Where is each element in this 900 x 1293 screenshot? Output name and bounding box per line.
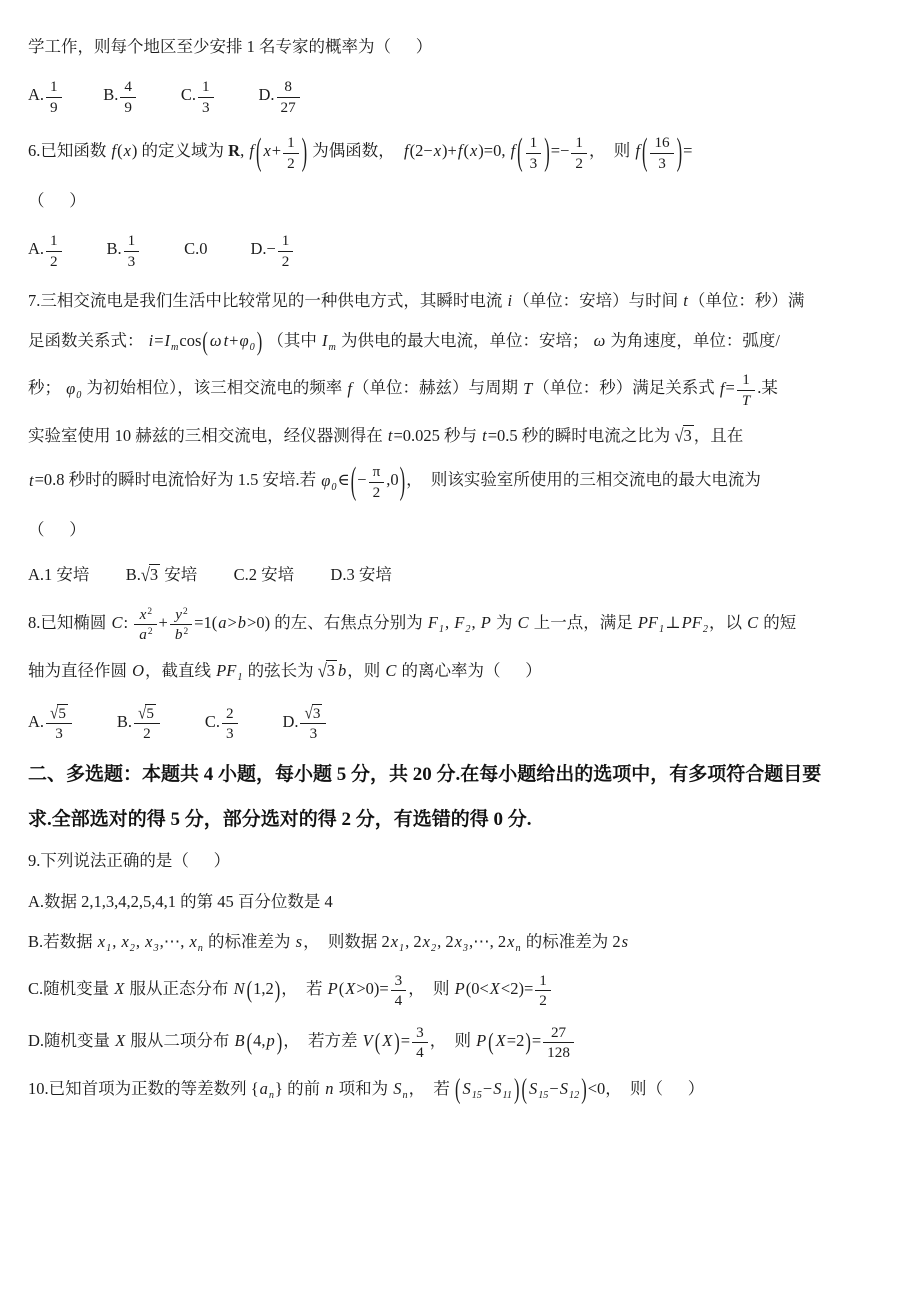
stretched-paren: ) [277, 1021, 283, 1062]
superscript: 2 [147, 607, 152, 617]
text-segment: = [683, 141, 692, 160]
math-variable: x [422, 932, 431, 951]
subscript: 12 [569, 1090, 580, 1101]
math-variable: P [480, 613, 492, 632]
text-segment: ⊥ [665, 613, 681, 632]
radicand: 3 [683, 425, 694, 445]
subscript: m [328, 342, 336, 353]
text-segment: 3 [202, 99, 210, 116]
text-segment: 服从二项分布 [126, 1031, 233, 1050]
fraction-denominator: 3 [222, 724, 238, 742]
text-segment: (2− [410, 141, 433, 160]
q5-options: A.19B.49C.13D.827 [28, 77, 870, 116]
math-variable: F [427, 613, 439, 632]
stretched-paren: ) [514, 1066, 520, 1112]
math-variable: C [111, 613, 124, 632]
q7-line1: 7.三相交流电是我们生活中比较常见的一种供电方式，其瞬时电流 i（单位：安培）与… [28, 287, 870, 314]
fraction-numerator: 2 [222, 704, 238, 724]
math-variable: C [384, 661, 397, 680]
fraction-numerator: 1 [46, 77, 62, 97]
fraction-denominator: a2 [134, 625, 156, 643]
math-variable: T [522, 379, 533, 398]
math-variable: V [362, 1031, 374, 1050]
math-variable: a [217, 613, 227, 632]
text-segment: 轴为直径作圆 [28, 661, 131, 680]
math-variable: p [265, 1031, 275, 1050]
stretched-paren: ( [488, 1021, 494, 1062]
stretched-paren: ( [455, 1066, 461, 1112]
text-segment: ， 则 [430, 1031, 475, 1050]
text-segment: 2 [373, 484, 381, 501]
q7-line3: 秒； φ0 为初始相位），该三相交流电的频率 f（单位：赫兹）与周期 T（单位：… [28, 370, 870, 409]
stretched-paren: ( [642, 120, 648, 183]
fraction-numerator: x2 [134, 605, 156, 625]
stretched-paren: ( [521, 1066, 527, 1112]
math-variable: X [114, 1031, 126, 1050]
stretched-paren: ( [517, 120, 523, 183]
subscript: 15 [472, 1090, 483, 1101]
text-segment: 1 [282, 232, 290, 249]
text-segment: ， 若 [409, 1079, 454, 1098]
math-variable: PF [637, 613, 659, 632]
math-variable: ω [209, 331, 223, 350]
stretched-paren: ( [247, 1021, 253, 1062]
fraction: 12 [278, 231, 294, 270]
text-segment: 2 [226, 705, 234, 722]
text-segment: A. [28, 239, 44, 258]
fraction: 12 [535, 971, 551, 1010]
math-variable: f [719, 379, 726, 398]
q6-stem: 6.已知函数 f(x) 的定义域为 R, f(x+12) 为偶函数， f(2−x… [28, 133, 870, 172]
text-segment: 4 [395, 992, 403, 1009]
text-segment: 实验室使用 10 赫兹的三相交流电，经仪器测得在 [28, 426, 387, 445]
math-variable: ω [593, 331, 607, 350]
section2-header-line1: 二、多选题：本题共 4 小题，每小题 5 分，共 20 分.在每小题给出的选项中… [28, 760, 870, 789]
math-variable: N [233, 979, 246, 998]
fraction: 13 [526, 133, 542, 172]
fraction: 27128 [543, 1023, 574, 1062]
math-variable: F [453, 613, 465, 632]
text-segment: − [483, 1079, 492, 1098]
fraction-denominator: 4 [412, 1043, 428, 1061]
text-segment: 10.已知首项为正数的等差数列 { [28, 1079, 259, 1098]
text-segment: 2 [50, 253, 58, 270]
fraction-denominator: b2 [170, 625, 192, 643]
math-variable: b [337, 661, 347, 680]
q10-stem: 10.已知首项为正数的等差数列 {an} 的前 n 项和为 Sn， 若 (S15… [28, 1075, 870, 1105]
math-variable: S [492, 1079, 502, 1098]
fraction-numerator: 27 [543, 1023, 574, 1043]
text-segment: 的弦长为 [243, 661, 317, 680]
math-variable: S [559, 1079, 569, 1098]
text-segment: )+ [442, 141, 457, 160]
text-segment: 安培 [160, 565, 197, 584]
text-segment: ) 的定义域为 [132, 141, 228, 160]
text-segment: 27 [281, 99, 296, 116]
text-segment: , [136, 932, 144, 951]
text-segment: 6.已知函数 [28, 141, 111, 160]
radical-sign-icon: √ [674, 420, 683, 451]
text-segment: ,⋯, 2 [469, 932, 506, 951]
text-segment: 4, [253, 1031, 265, 1050]
stretched-paren: ) [544, 120, 550, 183]
math-variable: S [392, 1079, 402, 1098]
math-variable: X [381, 1031, 393, 1050]
math-variable: x [454, 932, 463, 951]
superscript: 2 [148, 627, 153, 637]
text-segment: 3 [128, 253, 136, 270]
text-segment: A.数据 2,1,3,4,2,5,4,1 的第 45 百分位数是 4 [28, 892, 333, 911]
math-variable: f [403, 141, 410, 160]
fraction: 12 [46, 231, 62, 270]
text-segment: =2 [507, 1031, 525, 1050]
text-segment: 1 [539, 972, 547, 989]
math-variable: C [517, 613, 530, 632]
text-segment: （ ） [28, 520, 86, 539]
math-variable: C [746, 613, 759, 632]
text-segment: 2 [282, 253, 290, 270]
fraction: 13 [198, 77, 214, 116]
fraction-numerator: 1 [124, 231, 140, 251]
text-segment: ，则 [347, 661, 384, 680]
text-segment: B.若数据 [28, 932, 97, 951]
text-segment: , 2 [405, 932, 422, 951]
math-variable: φ [238, 331, 249, 350]
math-variable: x [433, 141, 442, 160]
text-segment: （ ） [28, 191, 86, 210]
stretched-paren: ( [202, 320, 208, 364]
text-segment: 3 [684, 426, 692, 445]
fraction-denominator: 2 [283, 154, 299, 172]
stretched-paren: ) [275, 969, 281, 1010]
text-segment: D. [282, 712, 298, 731]
text-segment: ( [117, 141, 123, 160]
text-segment: B. [117, 712, 132, 731]
math-variable: I [164, 331, 172, 350]
fraction: 827 [277, 77, 300, 116]
fraction-denominator: 2 [278, 252, 294, 270]
fraction: 1T [737, 370, 755, 409]
text-segment: B. [126, 565, 141, 584]
text-segment: B. [107, 239, 122, 258]
fraction: √33 [300, 704, 326, 743]
q7-options: A.1 安培B.√3 安培C.2 安培D.3 安培 [28, 561, 870, 588]
text-segment: 的标准差为 2 [522, 932, 621, 951]
fraction-numerator: √5 [134, 704, 160, 724]
stretched-paren: ) [525, 1021, 531, 1062]
text-segment: 为角速度，单位：弧度/ [606, 331, 780, 350]
text-segment: 9 [124, 99, 132, 116]
text-segment: 5 [58, 705, 66, 722]
fraction-denominator: 128 [543, 1043, 574, 1061]
fraction-numerator: 1 [526, 133, 542, 153]
math-variable: b [237, 613, 247, 632]
stretched-paren: ( [256, 120, 262, 183]
text-segment: B. [103, 85, 118, 104]
fraction-numerator: 3 [391, 971, 407, 991]
square-root: √3 [141, 565, 160, 584]
text-segment: <0， 则（ ） [588, 1079, 705, 1098]
fraction: 49 [120, 77, 136, 116]
text-segment: > [227, 613, 236, 632]
text-segment: =0.025 秒与 [393, 426, 481, 445]
fraction: π2 [369, 462, 385, 501]
text-segment: .某 [757, 379, 778, 398]
fraction-denominator: 3 [650, 154, 673, 172]
fraction-denominator: T [737, 391, 755, 409]
math-variable: PF [681, 613, 703, 632]
text-segment: 为 [492, 613, 517, 632]
q8-line2: 轴为直径作圆 O，截直线 PF1 的弦长为 √3b，则 C 的离心率为（ ） [28, 657, 870, 687]
text-segment: （单位：秒）满 [689, 291, 805, 310]
text-segment: （单位：安培）与时间 [513, 291, 682, 310]
text-segment: 3 [530, 155, 538, 172]
bold-text-segment: R [228, 141, 240, 160]
text-segment: 服从正态分布 [125, 979, 232, 998]
math-variable: f [510, 141, 517, 160]
text-segment: ， 若 [281, 979, 326, 998]
text-segment: A. [28, 712, 44, 731]
text-segment: =0.8 秒时的瞬时电流恰好为 1.5 安培.若 [35, 471, 321, 490]
text-segment: = [532, 1031, 541, 1050]
text-segment: )=0, [478, 141, 509, 160]
text-segment: 1 [530, 134, 538, 151]
math-variable: t [481, 426, 488, 445]
text-segment: C.随机变量 [28, 979, 113, 998]
math-variable: S [528, 1079, 538, 1098]
fraction: 163 [650, 133, 673, 172]
text-segment: = [154, 331, 163, 350]
fraction-numerator: 16 [650, 133, 673, 153]
text-segment: 8.已知椭圆 [28, 613, 111, 632]
radical-sign-icon: √ [304, 703, 312, 723]
text-segment: ， 若方差 [283, 1031, 361, 1050]
q8-line1: 8.已知椭圆 C: x2a2+y2b2=1(a>b>0) 的左、右焦点分别为 F… [28, 605, 870, 644]
bold-text-segment: 二、多选题：本题共 4 小题，每小题 5 分，共 20 分.在每小题给出的选项中… [28, 764, 821, 785]
text-segment: 3 [327, 661, 335, 680]
fraction-denominator: 2 [571, 154, 587, 172]
math-variable: s [295, 932, 303, 951]
text-segment: 4 [124, 78, 132, 95]
math-variable: PF [215, 661, 237, 680]
radicand: 3 [326, 660, 337, 680]
stretched-paren: ) [302, 120, 308, 183]
fraction-denominator: 3 [198, 98, 214, 116]
math-variable: P [327, 979, 339, 998]
math-variable: P [454, 979, 466, 998]
text-segment: 为供电的最大电流，单位：安培； [337, 331, 593, 350]
fraction-denominator: 3 [46, 724, 72, 742]
text-segment: 2 [539, 992, 547, 1009]
math-variable: x [120, 932, 129, 951]
text-segment: − [357, 471, 366, 490]
q7-answer-paren: （ ） [28, 516, 870, 543]
text-segment: 5 [146, 705, 154, 722]
text-segment: ， 则 [589, 141, 634, 160]
math-variable: P [475, 1031, 487, 1050]
document-body: 学工作，则每个地区至少安排 1 名专家的概率为（ ）A.19B.49C.13D.… [28, 33, 870, 1105]
q7-line2: 足函数关系式： i=Imcos(ωt+φ0) （其中 Im 为供电的最大电流，单… [28, 327, 870, 357]
q9-stem: 9.下列说法正确的是（ ） [28, 847, 870, 874]
text-segment: C.2 安培 [234, 565, 295, 584]
stretched-paren: ) [677, 120, 683, 183]
text-segment: 3 [150, 565, 158, 584]
stretched-paren: ) [400, 450, 406, 513]
text-segment: 足函数关系式： [28, 331, 148, 350]
math-variable: x [469, 141, 478, 160]
fraction-numerator: 3 [412, 1023, 428, 1043]
math-variable: t [682, 291, 689, 310]
text-segment: （单位：赫兹）与周期 [353, 379, 522, 398]
subscript: 11 [502, 1090, 512, 1101]
text-segment: 1 [742, 371, 750, 388]
text-segment: } 的前 [275, 1079, 324, 1098]
text-segment: C.0 [184, 239, 207, 258]
text-segment: 上一点，满足 [530, 613, 637, 632]
text-segment: D.随机变量 [28, 1031, 114, 1050]
math-variable: B [234, 1031, 246, 1050]
text-segment: ∈ [338, 471, 350, 490]
bold-text-segment: 求.全部选对的得 5 分，部分选对的得 2 分，有选错的得 0 分. [28, 809, 532, 830]
text-segment: ，且在 [694, 426, 744, 445]
q8-options: A.√53B.√52C.23D.√33 [28, 704, 870, 743]
text-segment: ，截直线 [145, 661, 215, 680]
fraction-denominator: 2 [134, 724, 160, 742]
q9-option-d: D.随机变量 X 服从二项分布 B(4,p)， 若方差 V(X)=34， 则 P… [28, 1023, 870, 1062]
text-segment: 的标准差为 [204, 932, 295, 951]
text-segment: ， 则该实验室所使用的三相交流电的最大电流为 [406, 471, 761, 490]
text-segment: A.1 安培 [28, 565, 89, 584]
text-segment: ， 则 [408, 979, 453, 998]
square-root: √3 [318, 661, 337, 680]
fraction-numerator: √5 [46, 704, 72, 724]
text-segment: 3 [395, 972, 403, 989]
fraction-denominator: 3 [300, 724, 326, 742]
stretched-paren: ( [351, 450, 357, 513]
text-segment: 16 [654, 134, 669, 151]
text-segment: 4 [416, 1044, 424, 1061]
q6-options: A.12B.13C.0D.−12 [28, 231, 870, 270]
text-segment: − [549, 1079, 558, 1098]
fraction: √53 [46, 704, 72, 743]
fraction-numerator: 1 [535, 971, 551, 991]
text-segment: 1 [50, 232, 58, 249]
math-variable: s [621, 932, 629, 951]
text-segment: 3 [416, 1024, 424, 1041]
fraction-numerator: 1 [198, 77, 214, 97]
math-variable: φ [320, 471, 331, 490]
math-variable: x [188, 932, 197, 951]
fraction: 13 [124, 231, 140, 270]
text-segment: （其中 [263, 331, 321, 350]
fraction-numerator: 1 [571, 133, 587, 153]
math-variable: x [390, 932, 399, 951]
text-segment: ,⋯, [160, 932, 189, 951]
math-variable: S [461, 1079, 471, 1098]
fraction: 23 [222, 704, 238, 743]
fraction-numerator: √3 [300, 704, 326, 724]
text-segment: ，以 [709, 613, 746, 632]
radicand: 5 [145, 704, 156, 722]
fraction: 12 [571, 133, 587, 172]
square-root: √3 [674, 426, 693, 445]
text-segment: 3 [226, 725, 234, 742]
section2-header-line2: 求.全部选对的得 5 分，部分选对的得 2 分，有选错的得 0 分. [28, 805, 870, 834]
stretched-paren: ) [581, 1066, 587, 1112]
text-segment: 2 [143, 725, 151, 742]
fraction-numerator: 1 [46, 231, 62, 251]
text-segment: + [272, 141, 281, 160]
fraction-numerator: 1 [278, 231, 294, 251]
square-root: √3 [304, 705, 322, 722]
fraction-numerator: 4 [120, 77, 136, 97]
stretched-paren: ( [375, 1021, 381, 1062]
fraction-numerator: 1 [283, 133, 299, 153]
math-variable: f [634, 141, 641, 160]
fraction-denominator: 27 [277, 98, 300, 116]
math-variable: n [324, 1079, 334, 1098]
math-variable: X [344, 979, 356, 998]
square-root: √5 [50, 705, 68, 722]
text-segment: （单位：秒）满足关系式 [533, 379, 719, 398]
text-segment: : [124, 613, 133, 632]
fraction: 19 [46, 77, 62, 116]
math-variable: y [174, 606, 183, 623]
math-variable: b [174, 626, 184, 643]
math-variable: X [489, 979, 501, 998]
text-segment: = [726, 379, 735, 398]
radicand: 3 [312, 704, 323, 722]
math-variable: t [28, 471, 35, 490]
text-segment: =1( [194, 613, 217, 632]
fraction: 34 [391, 971, 407, 1010]
q9-option-a: A.数据 2,1,3,4,2,5,4,1 的第 45 百分位数是 4 [28, 888, 870, 915]
text-segment: >0) 的左、右焦点分别为 [247, 613, 427, 632]
math-variable: f [346, 379, 353, 398]
fraction: 12 [283, 133, 299, 172]
text-segment: ,0 [386, 471, 398, 490]
fraction-denominator: 9 [46, 98, 62, 116]
fraction-denominator: 2 [46, 252, 62, 270]
text-segment: 学工作，则每个地区至少安排 1 名专家的概率为（ ） [28, 37, 432, 56]
radical-sign-icon: √ [50, 703, 58, 723]
text-segment: 3 [55, 725, 63, 742]
fraction-numerator: 1 [737, 370, 755, 390]
text-segment: π [373, 463, 381, 480]
fraction-numerator: π [369, 462, 385, 482]
radical-sign-icon: √ [318, 655, 327, 686]
fraction: √52 [134, 704, 160, 743]
text-segment: = [401, 1031, 410, 1050]
text-segment: 3 [658, 155, 666, 172]
fraction: y2b2 [170, 605, 192, 644]
subscript: 0 [250, 342, 256, 353]
text-segment: ， 则数据 2 [303, 932, 390, 951]
superscript: 2 [183, 627, 188, 637]
text-segment: 7.三相交流电是我们生活中比较常见的一种供电方式，其瞬时电流 [28, 291, 507, 310]
q5-stem: 学工作，则每个地区至少安排 1 名专家的概率为（ ） [28, 33, 870, 60]
math-variable: a [138, 626, 148, 643]
text-segment: 3 [313, 705, 321, 722]
text-segment: 1 [128, 232, 136, 249]
math-variable: X [495, 1031, 507, 1050]
q6-answer-paren: （ ） [28, 187, 870, 214]
stretched-paren: ) [257, 320, 263, 364]
text-segment: 1 [287, 134, 295, 151]
text-segment: C. [205, 712, 220, 731]
fraction-denominator: 2 [369, 483, 385, 501]
radical-sign-icon: √ [138, 703, 146, 723]
